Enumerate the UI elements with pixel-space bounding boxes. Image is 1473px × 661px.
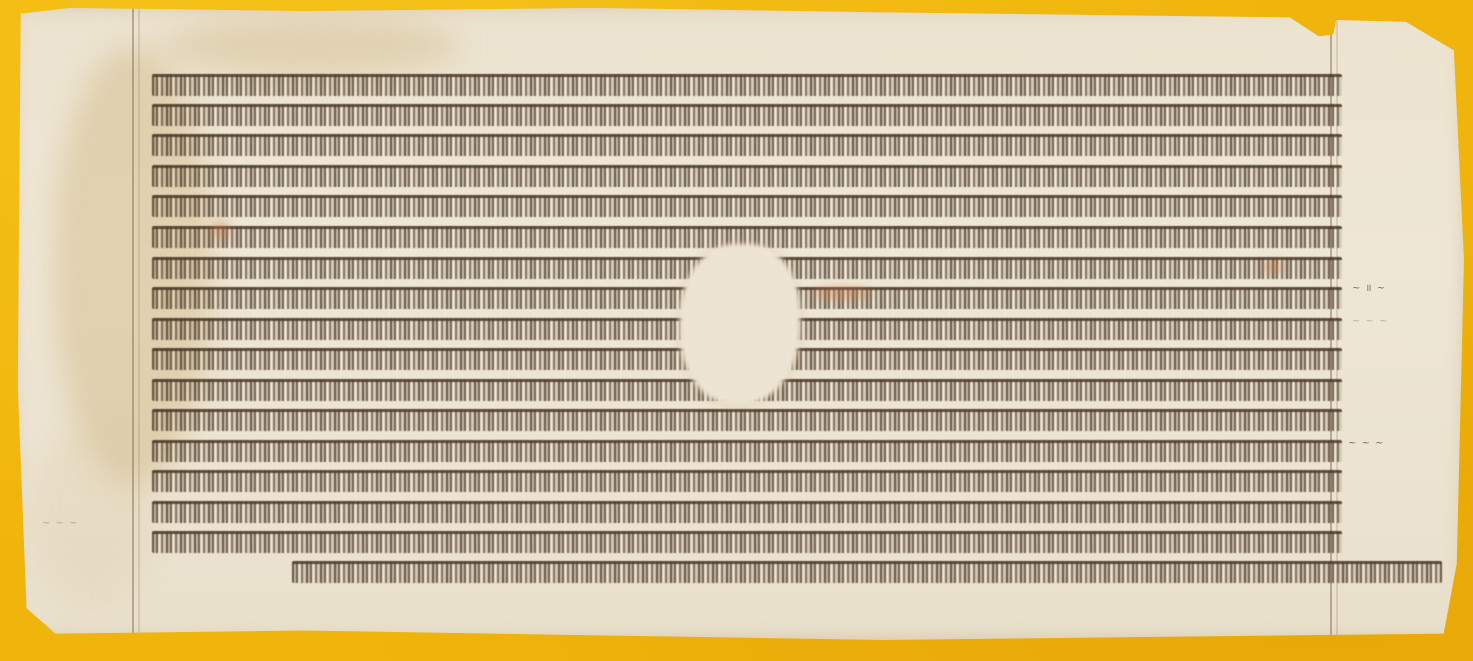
water-stain <box>32 426 152 606</box>
margin-note-right-3: ~ ~ ~ <box>1348 438 1385 449</box>
left-margin-rule <box>132 6 134 640</box>
text-line <box>152 531 1342 553</box>
water-stain <box>162 16 462 76</box>
margin-note-left: ~ ~ ~ <box>42 518 79 529</box>
left-margin-rule-inner <box>138 6 140 640</box>
text-line <box>152 195 1342 217</box>
text-line <box>152 165 1342 187</box>
text-line <box>152 501 1342 523</box>
margin-note-right-2: ~ ~ ~ <box>1352 316 1389 327</box>
ink-stain <box>812 286 872 300</box>
margin-note-right-1: ~ ॥ ~ <box>1352 280 1386 294</box>
text-line <box>152 74 1342 96</box>
text-line <box>152 470 1342 492</box>
text-line <box>152 104 1342 126</box>
manuscript-folio: ~ ॥ ~ ~ ~ ~ ~ ~ ~ ~ ~ ~ <box>12 6 1464 640</box>
text-line <box>152 134 1342 156</box>
text-line <box>292 561 1442 583</box>
central-binding-hole <box>680 244 800 404</box>
text-line <box>152 440 1342 462</box>
ink-stain <box>212 221 230 239</box>
ink-stain <box>1262 261 1284 273</box>
text-line <box>152 409 1342 431</box>
